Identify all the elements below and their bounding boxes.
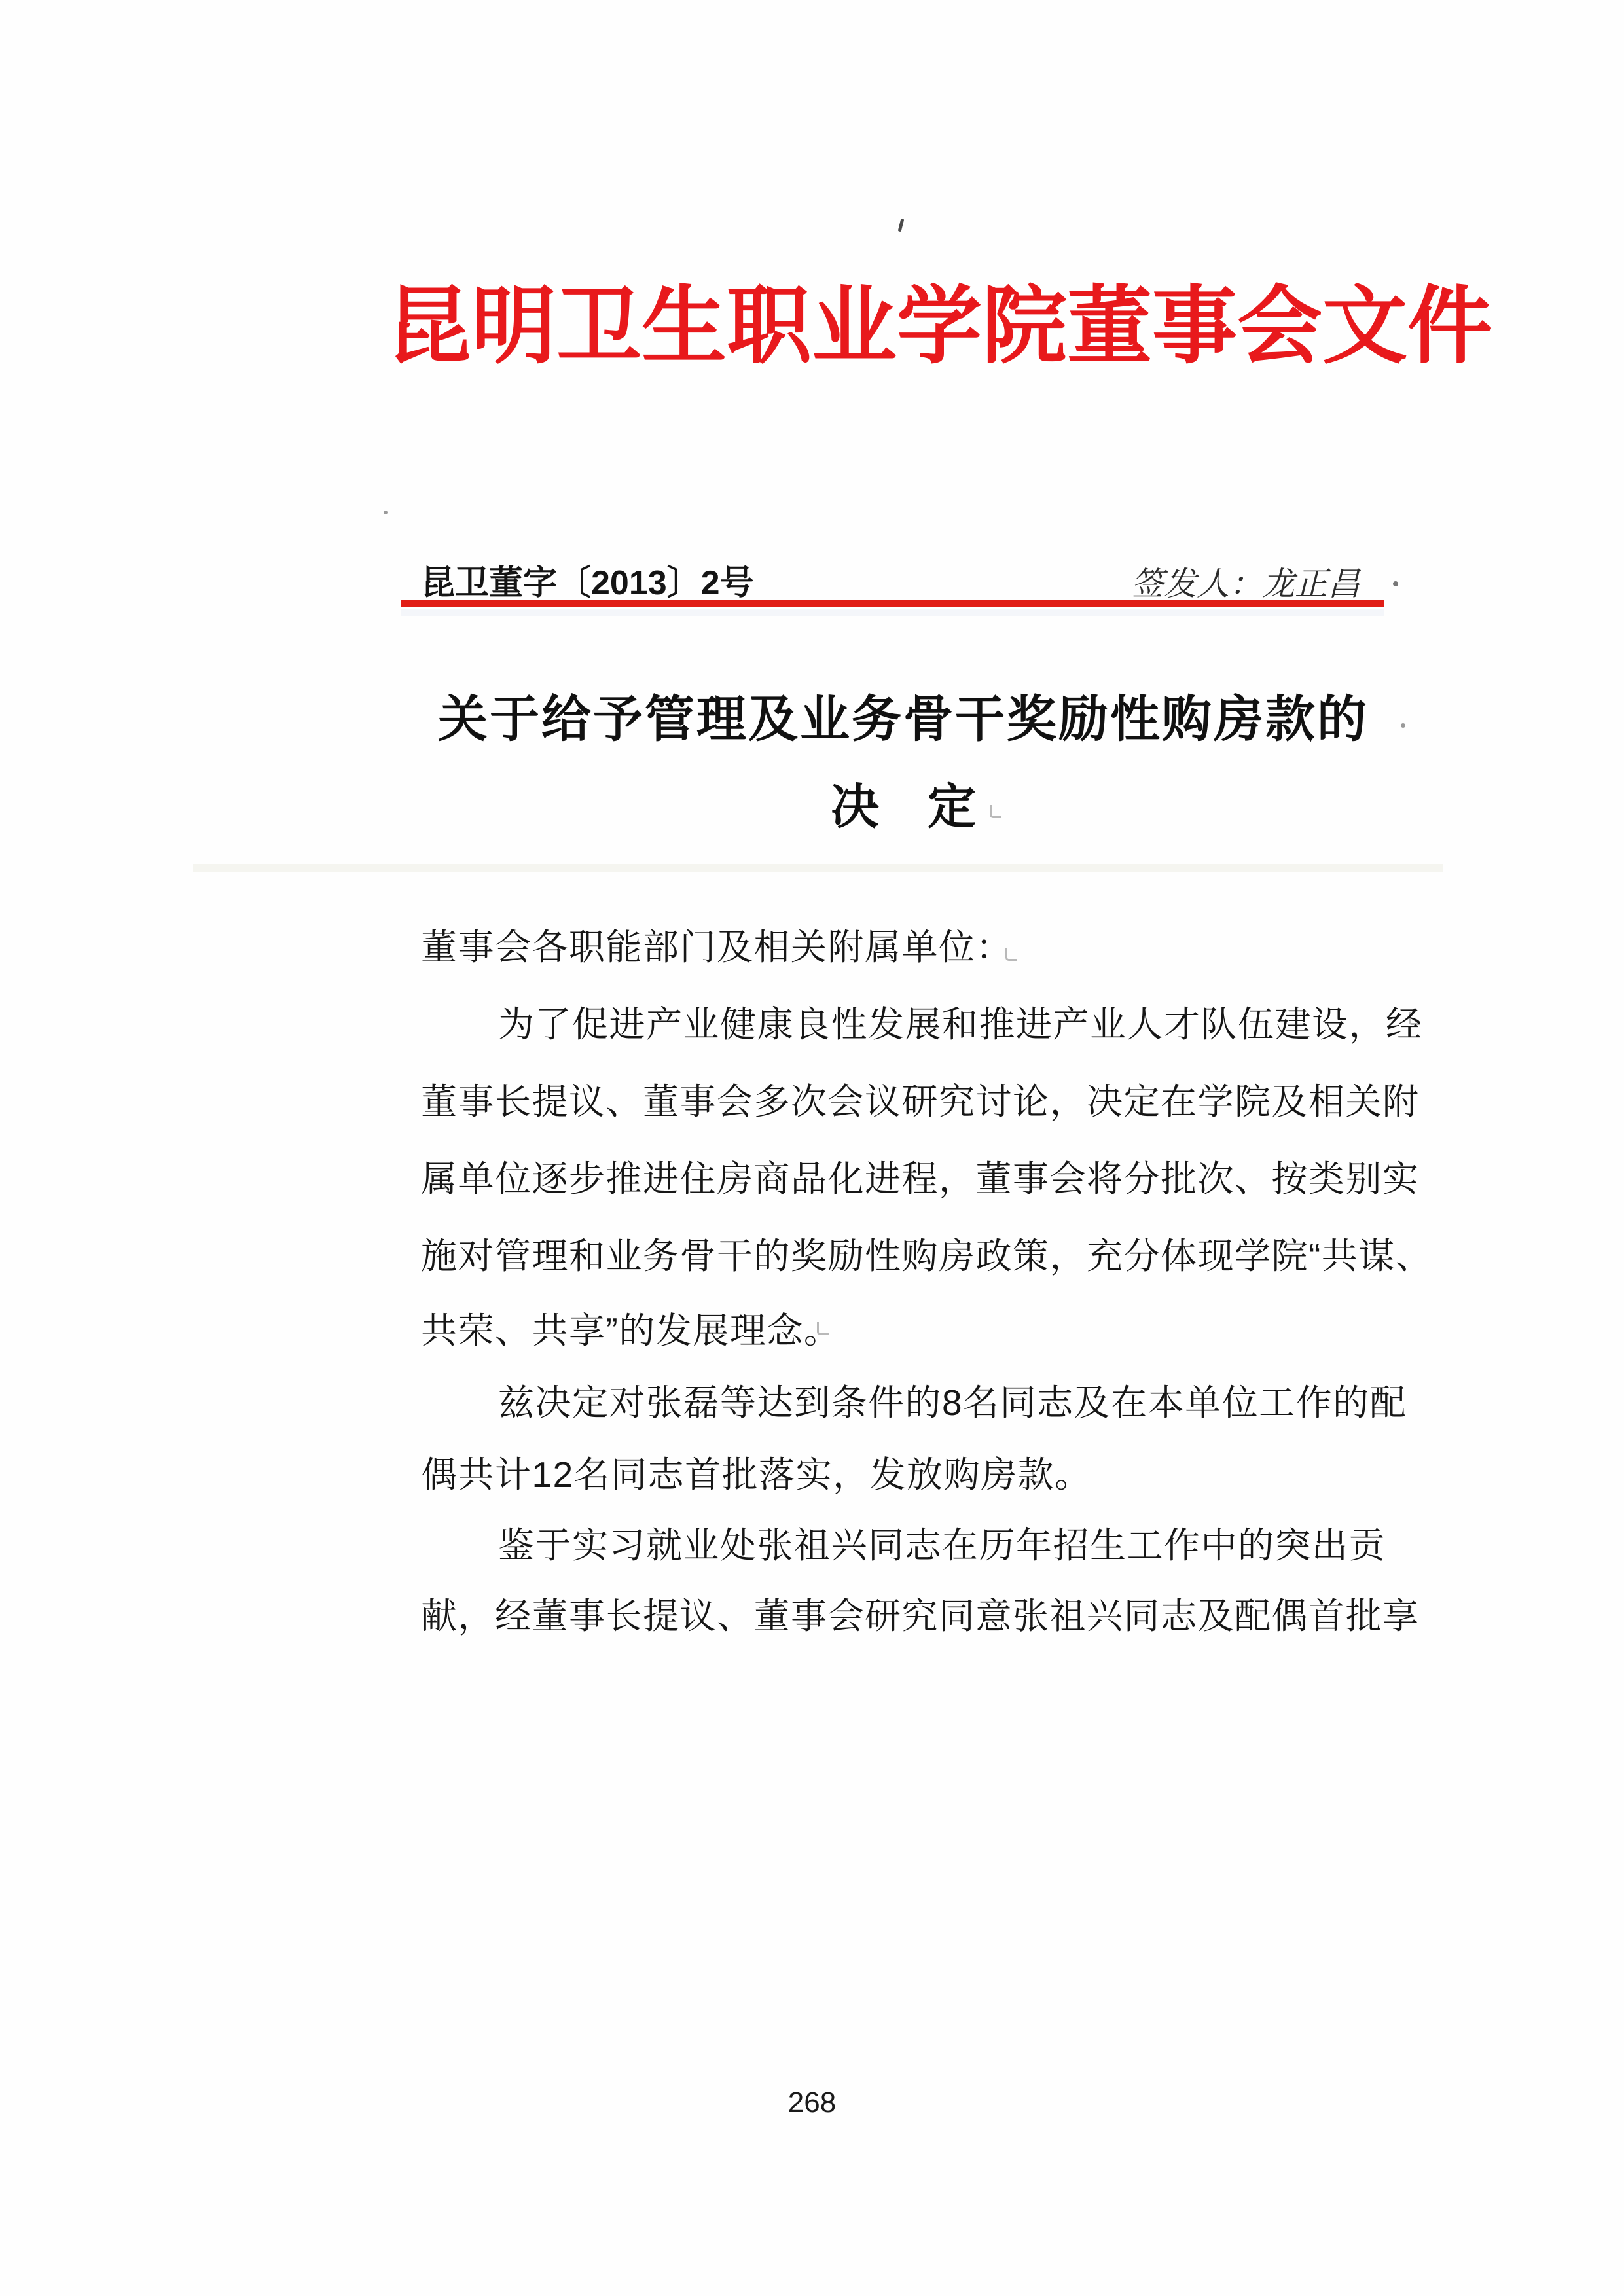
body-line-salutation: 董事会各职能部门及相关附属单位： <box>421 927 1013 967</box>
body-line: 鉴于实习就业处张祖兴同志在历年招生工作中的突出贡 <box>498 1525 1386 1566</box>
issuer-line: 签发人：龙正昌 <box>1131 558 1360 605</box>
doc-number: 昆卫董字〔2013〕2号 <box>421 555 754 604</box>
faint-scan-band <box>193 864 1443 872</box>
rule-scan-shadow <box>401 609 1384 616</box>
body-line: 偶共计12名同志首批落实，发放购房款。 <box>421 1454 1092 1495</box>
page-number: 268 <box>0 2087 1624 2119</box>
issuer-label: 签发人： <box>1131 565 1262 602</box>
body-line: 属单位逐步推进住房商品化进程，董事会将分批次、按类别实 <box>421 1158 1420 1199</box>
scan-artifact <box>1401 723 1405 728</box>
body-line: 董事长提议、董事会多次会议研究讨论，决定在学院及相关附 <box>421 1081 1420 1122</box>
document-title-line2: 决 定 <box>419 768 1388 838</box>
body-line: 施对管理和业务骨干的奖励性购房政策，充分体现学院“共谋、 <box>421 1236 1432 1276</box>
body-line: 共荣、共享”的发展理念。 <box>421 1310 840 1351</box>
scan-artifact <box>384 511 388 514</box>
body-line: 兹决定对张磊等达到条件的8名同志及在本单位工作的配 <box>498 1382 1407 1423</box>
body-line: 为了促进产业健康良性发展和推进产业人才队伍建设，经 <box>498 1004 1423 1045</box>
red-divider-rule <box>401 600 1384 607</box>
document-title-line1: 关于给予管理及业务骨干奖励性购房款的 <box>419 679 1388 751</box>
scan-artifact <box>898 219 905 232</box>
body-line: 献，经董事长提议、董事会研究同意张祖兴同志及配偶首批享 <box>421 1596 1420 1636</box>
issuer-name: 龙正昌 <box>1262 565 1360 602</box>
letterhead-title: 昆明卫生职业学院董事会文件 <box>386 267 1407 388</box>
scan-artifact <box>1393 581 1398 586</box>
document-page: 昆明卫生职业学院董事会文件 昆卫董字〔2013〕2号 签发人：龙正昌 关于给予管… <box>0 0 1624 2296</box>
